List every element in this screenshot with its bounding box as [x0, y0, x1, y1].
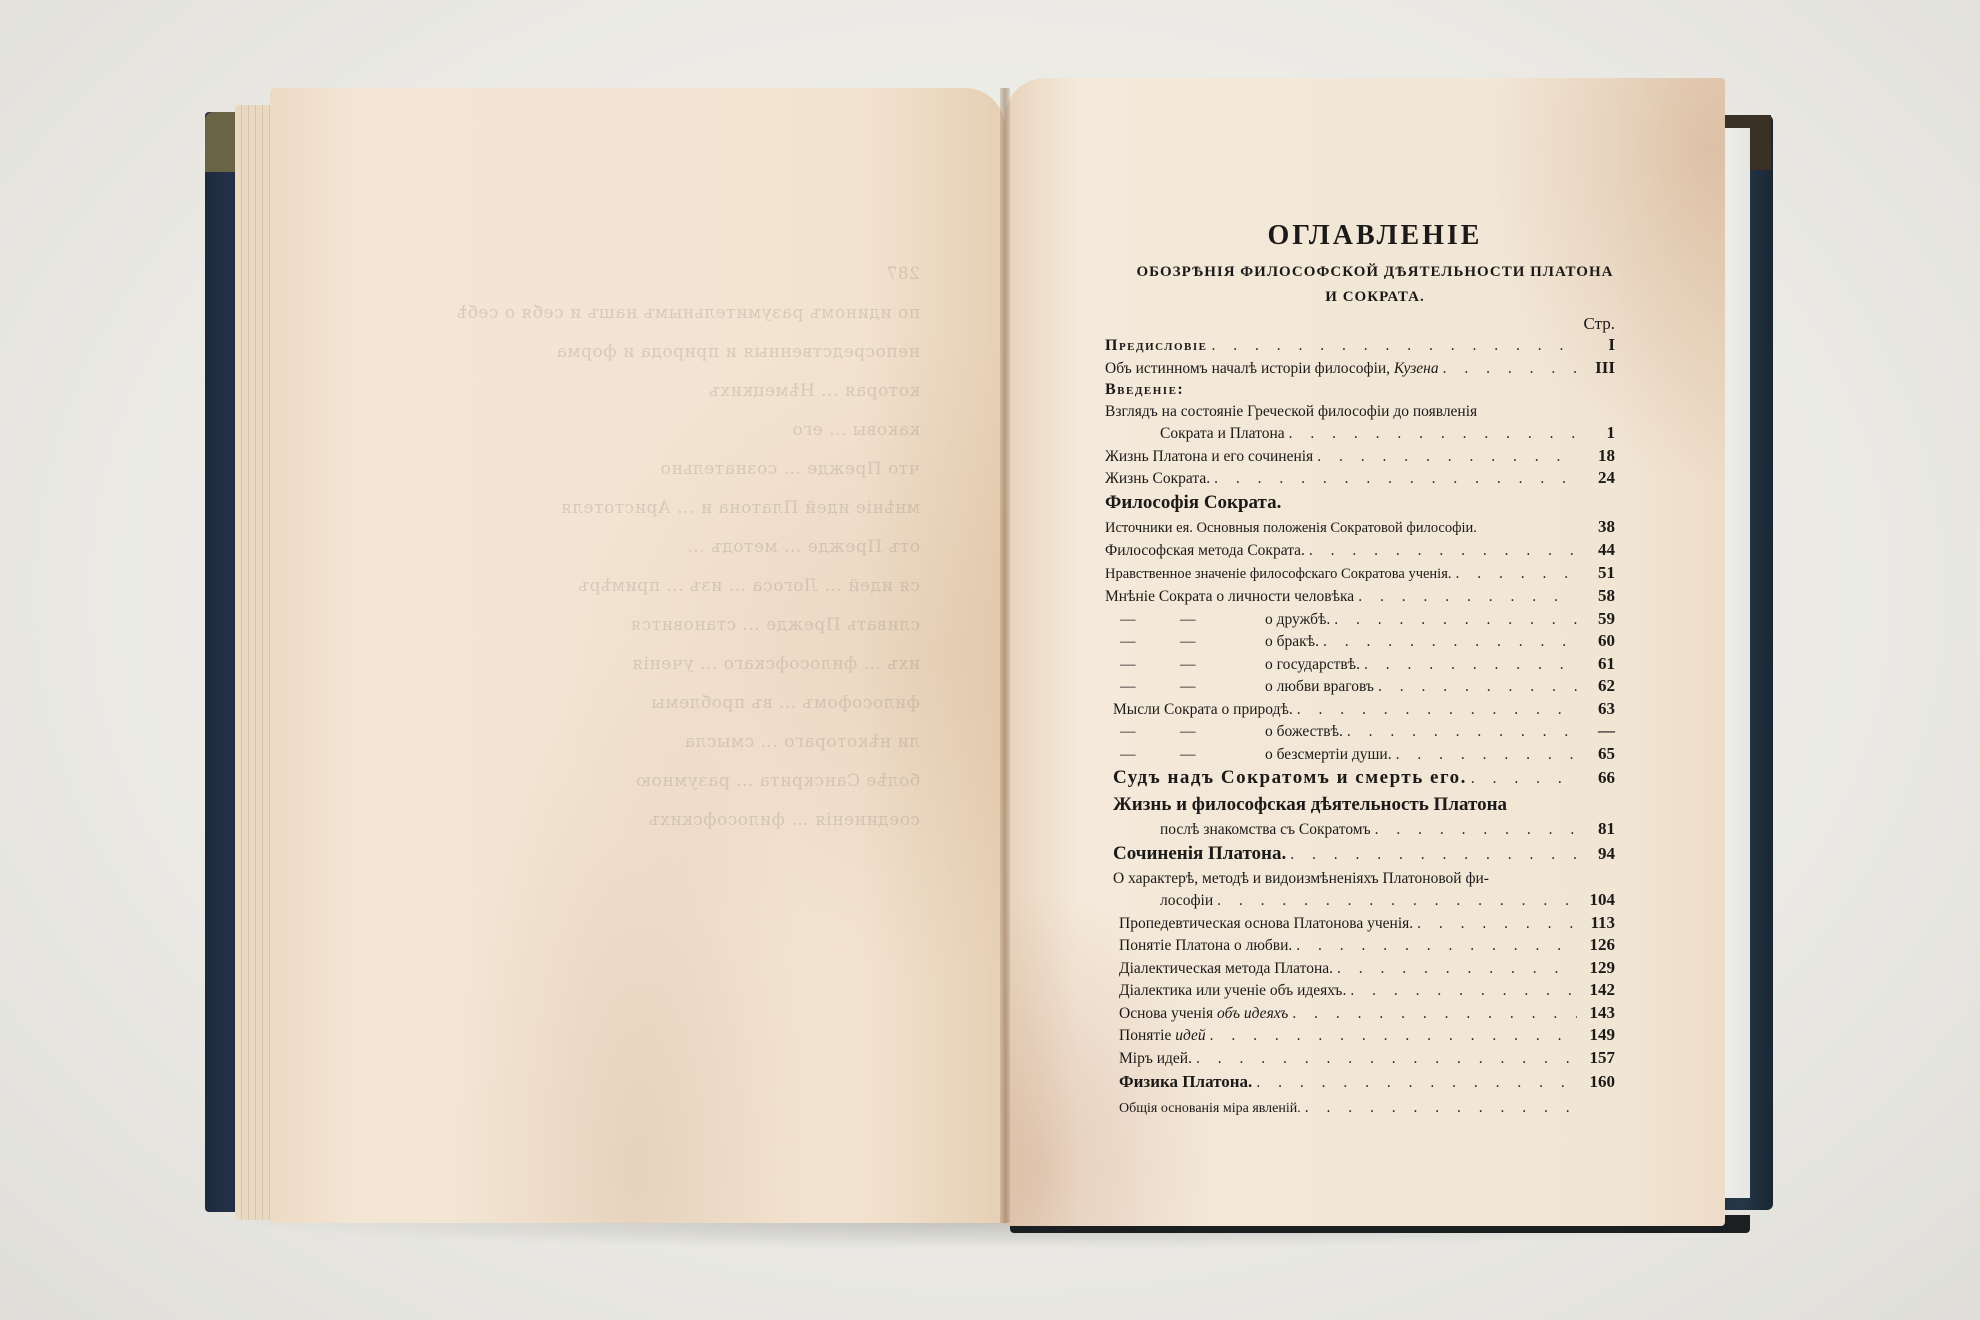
entry-label: Пропедевтическая основа Платонова ученія…	[1105, 913, 1413, 935]
entry-page: —	[1581, 720, 1615, 742]
entry-page: III	[1581, 357, 1615, 379]
entry-page: 38	[1581, 516, 1615, 538]
ditto-dash: —	[1120, 676, 1180, 698]
toc-entry: лософіи 104	[1105, 889, 1615, 912]
entry-page: 59	[1581, 608, 1615, 630]
entry-label-text: Объ истинномъ началѣ исторіи философіи,	[1105, 360, 1394, 377]
entry-page: 126	[1581, 934, 1615, 956]
dot-leader	[1456, 563, 1577, 585]
ditto-dash: —	[1180, 609, 1240, 631]
entry-label: Сочиненія Платона.	[1105, 841, 1286, 867]
table-of-contents: ОГЛАВЛЕНІЕ ОБОЗРѢНІЯ ФИЛОСОФСКОЙ ДѢЯТЕЛЬ…	[1105, 220, 1615, 1120]
entry-page: 58	[1581, 585, 1615, 607]
ditto-dash: —	[1180, 676, 1240, 698]
entry-label: Судъ надъ Сократомъ и смерть его.	[1105, 765, 1467, 791]
toc-entry: О характерѣ, методѣ и видоизмѣненіяхъ Пл…	[1105, 868, 1615, 890]
toc-entry: Общія основанія міра явленій. 160	[1105, 1096, 1615, 1120]
entry-label: ——о бракѣ.	[1105, 631, 1319, 653]
bleed-line: непосредственныя и природа и форма	[390, 333, 920, 372]
bleed-through-text: 287 по идиномъ разумительнымъ нашъ и себ…	[390, 255, 920, 840]
entry-label: Взглядъ на состояніе Греческой философіи…	[1105, 401, 1477, 423]
entry-label: ——о любви враговъ	[1105, 676, 1374, 698]
ditto-dashes: ——	[1105, 721, 1265, 743]
toc-entry: Пропедевтическая основа Платонова ученія…	[1105, 912, 1615, 935]
dot-leader	[1378, 676, 1577, 698]
entry-label-text: о бракѣ.	[1265, 633, 1319, 650]
toc-section-heading: Сочиненія Платона. 94	[1105, 841, 1615, 868]
entry-page: 149	[1581, 1024, 1615, 1046]
ditto-dash: —	[1180, 654, 1240, 676]
toc-entry: Мнѣніе Сократа о личности человѣка 58	[1105, 585, 1615, 608]
toc-entry: ——о государствѣ. 61	[1105, 653, 1615, 676]
dot-leader	[1297, 699, 1577, 721]
entry-page: 104	[1581, 889, 1615, 911]
entry-label: ——о божествѣ.	[1105, 721, 1343, 743]
ditto-dashes: ——	[1105, 654, 1265, 676]
entry-page: 113	[1581, 912, 1615, 934]
entry-page: 62	[1581, 675, 1615, 697]
toc-entry: ——о бракѣ. 60	[1105, 630, 1615, 653]
toc-subtitle-line: ОБОЗРѢНІЯ ФИЛОСОФСКОЙ ДѢЯТЕЛЬНОСТИ ПЛАТО…	[1135, 260, 1615, 285]
entry-page: 157	[1581, 1047, 1615, 1069]
entry-label: Міръ идей.	[1105, 1048, 1192, 1070]
entry-page: 94	[1581, 841, 1615, 867]
bleed-line: что Прежде ... сознательно	[390, 450, 920, 489]
toc-entry: Объ истинномъ началѣ исторіи философіи, …	[1105, 357, 1615, 380]
dot-leader	[1256, 1070, 1577, 1096]
entry-page: 51	[1581, 562, 1615, 584]
dot-leader	[1214, 468, 1577, 490]
bleed-line: болѣе Санскрита ... разумною	[390, 762, 920, 801]
dot-leader	[1290, 842, 1577, 868]
entry-page: 63	[1581, 698, 1615, 720]
toc-entry: Жизнь Сократа. 24	[1105, 467, 1615, 490]
entry-page: 142	[1581, 979, 1615, 1001]
entry-label: Объ истинномъ началѣ исторіи философіи, …	[1105, 358, 1439, 380]
entry-label-text: о государствѣ.	[1265, 656, 1360, 673]
entry-label: Жизнь Платона и его сочиненія	[1105, 446, 1313, 468]
ditto-dashes: ——	[1105, 676, 1265, 698]
dot-leader	[1305, 1097, 1577, 1119]
dot-leader	[1443, 358, 1577, 380]
toc-entry: ——о любви враговъ 62	[1105, 675, 1615, 698]
toc-entry: Мысли Сократа о природѣ. 63	[1105, 698, 1615, 721]
bleed-line: соединенія ... философскихъ	[390, 801, 920, 840]
ditto-dash: —	[1180, 744, 1240, 766]
toc-entry: Сократа и Платона 1	[1105, 422, 1615, 445]
book-gutter	[1000, 88, 1010, 1223]
dot-leader	[1309, 540, 1577, 562]
entry-label: Предисловіе	[1105, 335, 1208, 357]
toc-entry: ——о дружбѣ. 59	[1105, 608, 1615, 631]
dot-leader	[1212, 335, 1577, 357]
page-stack-edge	[235, 105, 275, 1220]
toc-section-heading: Введеніе:	[1105, 379, 1615, 401]
dot-leader	[1334, 609, 1577, 631]
dot-leader	[1350, 980, 1577, 1002]
entry-label: О характерѣ, методѣ и видоизмѣненіяхъ Пл…	[1105, 868, 1489, 890]
bleed-line: по идиномъ разумительнымъ нашъ и себя о …	[390, 294, 920, 333]
page-column-header: Стр.	[1105, 314, 1615, 334]
entry-page: 129	[1581, 957, 1615, 979]
toc-entry: Діалектика или ученіе объ идеяхъ. 142	[1105, 979, 1615, 1002]
toc-entry: Основа ученія объ идеяхъ 143	[1105, 1002, 1615, 1025]
entry-label: Философія Сократа.	[1105, 490, 1281, 516]
bleed-line: сливать Прежде ... становится	[390, 606, 920, 645]
entry-label-text: о любви враговъ	[1265, 678, 1374, 695]
entry-label: Физика Платона.	[1105, 1069, 1252, 1095]
bleed-line: 287	[390, 255, 920, 294]
entry-label: Сократа и Платона	[1105, 423, 1285, 445]
ditto-dash: —	[1180, 631, 1240, 653]
toc-title: ОГЛАВЛЕНІЕ	[1105, 220, 1615, 252]
entry-page: 65	[1581, 743, 1615, 765]
toc-section-heading: Судъ надъ Сократомъ и смерть его. 66	[1105, 765, 1615, 792]
toc-subtitle: ОБОЗРѢНІЯ ФИЛОСОФСКОЙ ДѢЯТЕЛЬНОСТИ ПЛАТО…	[1105, 260, 1615, 310]
entry-page: 81	[1581, 818, 1615, 840]
toc-entry: Жизнь Платона и его сочиненія 18	[1105, 445, 1615, 468]
toc-entry: Понятіе Платона о любви. 126	[1105, 934, 1615, 957]
toc-section-heading: Философія Сократа.	[1105, 490, 1615, 516]
toc-entry: Діалектическая метода Платона. 129	[1105, 957, 1615, 980]
dot-leader	[1217, 890, 1577, 912]
entry-label: Жизнь Сократа.	[1105, 468, 1210, 490]
entry-label: Понятіе идей	[1105, 1025, 1206, 1047]
entry-label-text: Понятіе	[1119, 1027, 1175, 1044]
entry-page: 61	[1581, 653, 1615, 675]
dot-leader	[1375, 819, 1577, 841]
entry-author: Кузена	[1394, 360, 1439, 377]
toc-entry: ——о безсмертіи души. 65	[1105, 743, 1615, 766]
entry-label: Общія основанія міра явленій.	[1105, 1098, 1301, 1120]
entry-label: ——о дружбѣ.	[1105, 609, 1330, 631]
entry-label: Введеніе:	[1105, 379, 1184, 401]
ditto-dash: —	[1180, 721, 1240, 743]
bleed-line: каковы ... его	[390, 411, 920, 450]
dot-leader	[1292, 1003, 1577, 1025]
ditto-dashes: ——	[1105, 631, 1265, 653]
entry-label-text: о дружбѣ.	[1265, 611, 1330, 628]
entry-page: I	[1581, 334, 1615, 356]
entry-label-italic: объ идеяхъ	[1217, 1005, 1288, 1022]
ditto-dash: —	[1120, 609, 1180, 631]
entry-label: Философская метода Сократа.	[1105, 540, 1305, 562]
bleed-line: мнѣніе идей Платона и ... Аристотеля	[390, 489, 920, 528]
ditto-dash: —	[1120, 631, 1180, 653]
entry-label-text: Основа ученія	[1119, 1005, 1217, 1022]
bleed-line: ихъ ... философскаго ... ученія	[390, 645, 920, 684]
dot-leader	[1471, 766, 1577, 792]
dot-leader	[1347, 721, 1577, 743]
dot-leader	[1417, 913, 1577, 935]
toc-entry: Философская метода Сократа. 44	[1105, 539, 1615, 562]
toc-subtitle-line: И СОКРАТА.	[1135, 285, 1615, 310]
entry-page: 24	[1581, 467, 1615, 489]
bleed-line: ся идей ... Логоса ... изъ ... примѣръ	[390, 567, 920, 606]
entry-page: 160	[1581, 1069, 1615, 1095]
entry-label: Источники ея. Основныя положенія Сократо…	[1105, 518, 1477, 540]
entry-label: послѣ знакомства съ Сократомъ	[1105, 819, 1371, 841]
entry-label: лософіи	[1105, 890, 1213, 912]
toc-entry: Источники ея. Основныя положенія Сократо…	[1105, 516, 1615, 540]
ditto-dash: —	[1120, 654, 1180, 676]
entry-page: 60	[1581, 630, 1615, 652]
entry-label: Нравственное значеніе философскаго Сокра…	[1105, 564, 1452, 586]
entry-page: 143	[1581, 1002, 1615, 1024]
entry-label-italic: идей	[1175, 1027, 1205, 1044]
toc-section-heading: Физика Платона. 160	[1105, 1069, 1615, 1096]
toc-entry: Понятіе идей 149	[1105, 1024, 1615, 1047]
dot-leader	[1396, 744, 1577, 766]
entry-label-text: о безсмертіи души.	[1265, 746, 1392, 763]
dot-leader	[1289, 423, 1577, 445]
dot-leader	[1323, 631, 1577, 653]
ditto-dash: —	[1120, 744, 1180, 766]
entry-label: Жизнь и философская дѣятельность Платона	[1105, 792, 1507, 818]
toc-entry: Предисловіе I	[1105, 334, 1615, 357]
toc-entry: послѣ знакомства съ Сократомъ 81	[1105, 818, 1615, 841]
entry-page: 18	[1581, 445, 1615, 467]
entry-label: Основа ученія объ идеяхъ	[1105, 1003, 1288, 1025]
entry-label: Мнѣніе Сократа о личности человѣка	[1105, 586, 1354, 608]
bleed-line: отъ Прежде ... методъ ...	[390, 528, 920, 567]
entry-label: Діалектическая метода Платона.	[1105, 958, 1333, 980]
toc-entry: Нравственное значеніе философскаго Сокра…	[1105, 562, 1615, 586]
bleed-line: ли нѣкотораго ... смысла	[390, 723, 920, 762]
bleed-line: которая ... Нѣмецкихъ	[390, 372, 920, 411]
ditto-dashes: ——	[1105, 744, 1265, 766]
entry-label: Діалектика или ученіе объ идеяхъ.	[1105, 980, 1346, 1002]
dot-leader	[1364, 654, 1577, 676]
entry-label-text: о божествѣ.	[1265, 723, 1343, 740]
entry-page: 66	[1581, 765, 1615, 791]
toc-section-heading: Жизнь и философская дѣятельность Платона	[1105, 792, 1615, 818]
entry-label: ——о безсмертіи души.	[1105, 744, 1392, 766]
toc-entry: Міръ идей. 157	[1105, 1047, 1615, 1070]
ditto-dash: —	[1120, 721, 1180, 743]
dot-leader	[1296, 935, 1577, 957]
dot-leader	[1196, 1048, 1577, 1070]
bleed-line: философомъ ... въ проблемы	[390, 684, 920, 723]
entry-label: Мысли Сократа о природѣ.	[1105, 699, 1293, 721]
entry-page: 44	[1581, 539, 1615, 561]
dot-leader	[1210, 1025, 1577, 1047]
toc-entry: Взглядъ на состояніе Греческой философіи…	[1105, 401, 1615, 423]
dot-leader	[1358, 586, 1577, 608]
entry-page: 1	[1581, 422, 1615, 444]
dot-leader	[1337, 958, 1577, 980]
entry-label: ——о государствѣ.	[1105, 654, 1360, 676]
entry-label: Понятіе Платона о любви.	[1105, 935, 1292, 957]
dot-leader	[1317, 446, 1577, 468]
toc-entry: ——о божествѣ. —	[1105, 720, 1615, 743]
ditto-dashes: ——	[1105, 609, 1265, 631]
